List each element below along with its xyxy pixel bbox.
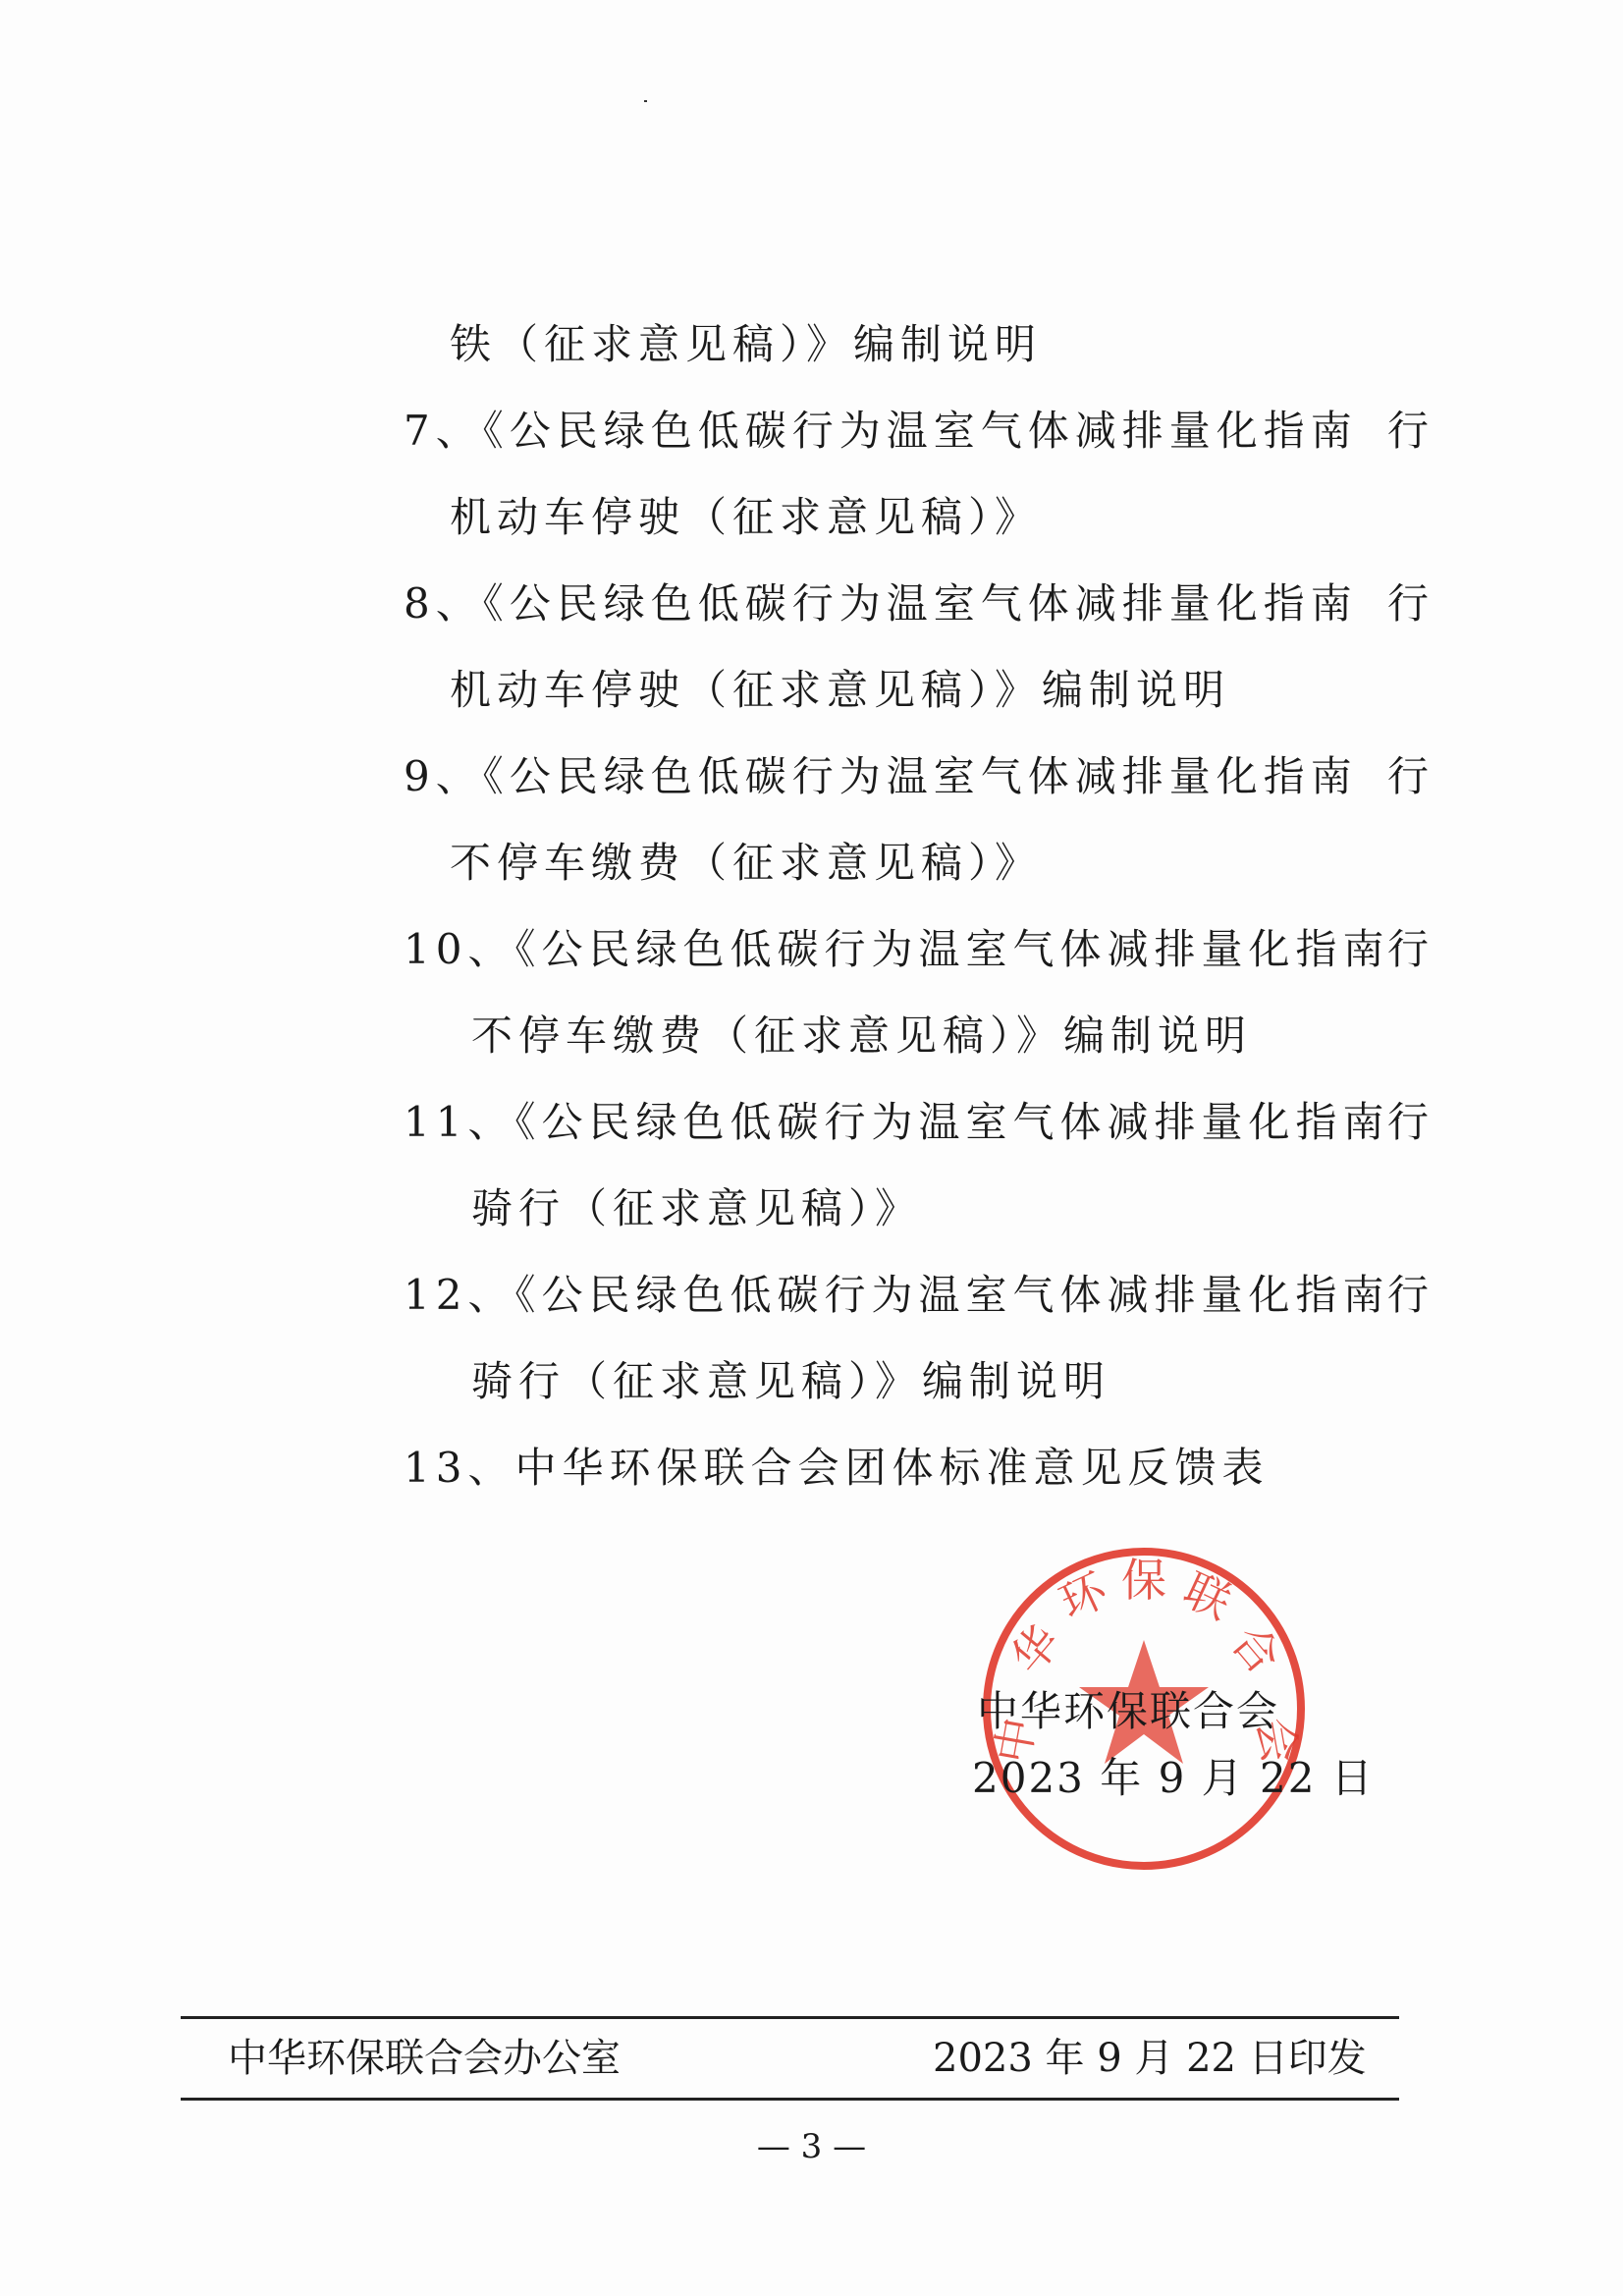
list-number: 13、 xyxy=(404,1444,514,1492)
document-page: 铁（征求意见稿）》编制说明 7、《公民绿色低碳行为温室气体减排量化指南 行 机动… xyxy=(0,0,1623,2296)
footer-issuer: 中华环保联合会办公室 xyxy=(228,2035,621,2082)
list-number: 12、 xyxy=(404,1271,514,1319)
list-item-7: 7、《公民绿色低碳行为温室气体减排量化指南 xyxy=(404,407,1358,456)
list-number: 11、 xyxy=(404,1098,514,1146)
signature-date: 2023 年 9 月 22 日 xyxy=(972,1754,1375,1803)
list-item-11-tail: 行 xyxy=(1387,1098,1429,1147)
list-item-12-tail: 行 xyxy=(1387,1271,1429,1320)
list-item-6-continuation: 铁（征求意见稿）》编制说明 xyxy=(450,320,1042,369)
list-item-9-tail: 行 xyxy=(1387,752,1429,801)
footer-bottom-rule xyxy=(181,2098,1399,2101)
list-number: 9、 xyxy=(404,752,483,800)
footer-top-rule xyxy=(181,2016,1399,2019)
list-item-10: 10、《公民绿色低碳行为温室气体减排量化指南 xyxy=(404,925,1389,974)
list-item-10-continuation: 不停车缴费（征求意见稿）》编制说明 xyxy=(471,1011,1252,1061)
list-item-13: 13、中华环保联合会团体标准意见反馈表 xyxy=(404,1444,1269,1493)
list-item-8-continuation: 机动车停驶（征求意见稿）》编制说明 xyxy=(450,666,1230,715)
list-text: 《公民绿色低碳行为温室气体减排量化指南 xyxy=(514,925,1389,973)
list-text: 《公民绿色低碳行为温室气体减排量化指南 xyxy=(514,1271,1389,1319)
page-number: — 3 — xyxy=(0,2127,1623,2166)
list-text: 《公民绿色低碳行为温室气体减排量化指南 xyxy=(483,752,1358,800)
footer-issue-date: 2023 年 9 月 22 日印发 xyxy=(933,2035,1367,2082)
list-item-8-tail: 行 xyxy=(1387,579,1429,629)
list-item-12: 12、《公民绿色低碳行为温室气体减排量化指南 xyxy=(404,1271,1389,1320)
list-item-8: 8、《公民绿色低碳行为温室气体减排量化指南 xyxy=(404,579,1358,629)
list-item-10-tail: 行 xyxy=(1387,925,1429,974)
list-number: 7、 xyxy=(404,407,483,455)
signature-organization: 中华环保联合会 xyxy=(977,1687,1279,1736)
list-item-9-continuation: 不停车缴费（征求意见稿）》 xyxy=(450,839,1042,888)
list-text: 《公民绿色低碳行为温室气体减排量化指南 xyxy=(483,579,1358,628)
list-item-7-continuation: 机动车停驶（征求意见稿）》 xyxy=(450,493,1042,542)
list-number: 10、 xyxy=(404,925,514,973)
svg-text:保: 保 xyxy=(1121,1554,1166,1607)
list-item-11: 11、《公民绿色低碳行为温室气体减排量化指南 xyxy=(404,1098,1389,1147)
list-item-12-continuation: 骑行（征求意见稿）》编制说明 xyxy=(471,1357,1110,1406)
list-number: 8、 xyxy=(404,579,483,628)
list-text: 中华环保联合会团体标准意见反馈表 xyxy=(514,1444,1269,1492)
list-text: 《公民绿色低碳行为温室气体减排量化指南 xyxy=(483,407,1358,455)
list-text: 《公民绿色低碳行为温室气体减排量化指南 xyxy=(514,1098,1389,1146)
scan-speck xyxy=(644,100,647,102)
list-item-11-continuation: 骑行（征求意见稿）》 xyxy=(471,1184,922,1233)
list-item-9: 9、《公民绿色低碳行为温室气体减排量化指南 xyxy=(404,752,1358,801)
list-item-7-tail: 行 xyxy=(1387,407,1429,456)
